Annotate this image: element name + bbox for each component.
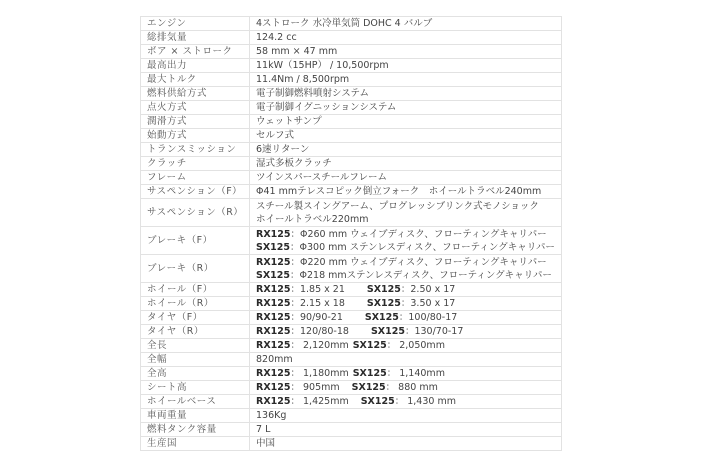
row-value: RX125：2.15 x 18SX125：3.50 x 17 (250, 297, 562, 311)
model-label-sx125: SX125 (352, 382, 386, 393)
table-row-seat-height: シート高 RX125： 905mmSX125： 880 mm (141, 381, 562, 395)
model-label-sx125: SX125 (353, 368, 387, 379)
row-value: Φ41 mmテレスコピック倒立フォーク ホイールトラベル240mm (250, 185, 562, 199)
table-row-wheel-rear: ホイール（R） RX125：2.15 x 18SX125：3.50 x 17 (141, 297, 562, 311)
rx125-value: ：90/90-21 (290, 312, 342, 323)
row-label: サスペンション（R） (141, 199, 250, 227)
value-line-2: ホイールトラベル220mm (256, 213, 561, 226)
row-value: 6速リターン (250, 143, 562, 157)
sx125-line: SX125：Φ218 mmステンレスディスク、フローティングキャリパー (256, 269, 561, 282)
rx125-value: ： 1,180mm (290, 368, 348, 379)
row-label: ブレーキ（R） (141, 255, 250, 283)
model-label-sx125: SX125 (256, 270, 290, 281)
sx125-value: ： 1,140mm (387, 368, 445, 379)
row-value: RX125：90/90-21SX125：100/80-17 (250, 311, 562, 325)
model-label-sx125: SX125 (365, 312, 399, 323)
sx125-value: ： 880 mm (386, 382, 438, 393)
row-value: 電子制御燃料噴射システム (250, 87, 562, 101)
table-row-brake-front: ブレーキ（F） RX125：Φ260 mm ウェイブディスク、フローティングキャ… (141, 227, 562, 255)
table-row-vehicle-weight: 車両重量 136Kg (141, 409, 562, 423)
row-label: ホイールベース (141, 395, 250, 409)
row-value: RX125： 2,120mmSX125： 2,050mm (250, 339, 562, 353)
row-value: 中国 (250, 437, 562, 451)
row-label: 燃料供給方式 (141, 87, 250, 101)
row-label: 最大トルク (141, 73, 250, 87)
model-label-rx125: RX125 (256, 312, 290, 323)
rx125-line: RX125：Φ220 mm ウェイブディスク、フローティングキャリパー (256, 256, 561, 269)
table-row-fuel-system: 燃料供給方式 電子制御燃料噴射システム (141, 87, 562, 101)
rx125-line: RX125：Φ260 mm ウェイブディスク、フローティングキャリパー (256, 228, 561, 241)
rx125-value: ：Φ220 mm ウェイブディスク、フローティングキャリパー (290, 257, 546, 268)
table-row-fuel-tank: 燃料タンク容量 7 L (141, 423, 562, 437)
sx125-value: ：130/70-17 (405, 326, 463, 337)
row-label: サスペンション（F） (141, 185, 250, 199)
row-label: ボア × ストローク (141, 45, 250, 59)
sx125-line: SX125：Φ300 mm ステンレスディスク、フローティングキャリパー (256, 241, 561, 254)
row-value: ツインスパースチールフレーム (250, 171, 562, 185)
table-row-tire-front: タイヤ（F） RX125：90/90-21SX125：100/80-17 (141, 311, 562, 325)
row-value: スチール製スイングアーム、プログレッシブリンク式モノショック ホイールトラベル2… (250, 199, 562, 227)
table-row-overall-width: 全幅 820mm (141, 353, 562, 367)
row-value: 電子制御イグニッションシステム (250, 101, 562, 115)
row-label: ホイール（R） (141, 297, 250, 311)
row-label: 始動方式 (141, 129, 250, 143)
table-row-max-torque: 最大トルク 11.4Nm / 8,500rpm (141, 73, 562, 87)
row-label: 潤滑方式 (141, 115, 250, 129)
table-row-transmission: トランスミッション 6速リターン (141, 143, 562, 157)
spec-table: エンジン 4ストローク 水冷単気筒 DOHC 4 バルブ 総排気量 124.2 … (140, 16, 562, 451)
row-label: 全高 (141, 367, 250, 381)
row-value: 136Kg (250, 409, 562, 423)
row-value: 124.2 cc (250, 31, 562, 45)
row-label: シート高 (141, 381, 250, 395)
row-value: RX125：Φ260 mm ウェイブディスク、フローティングキャリパー SX12… (250, 227, 562, 255)
row-value: RX125：1.85 x 21SX125：2.50 x 17 (250, 283, 562, 297)
table-row-clutch: クラッチ 湿式多板クラッチ (141, 157, 562, 171)
model-label-sx125: SX125 (367, 298, 401, 309)
row-label: 総排気量 (141, 31, 250, 45)
row-label: 最高出力 (141, 59, 250, 73)
row-label: 車両重量 (141, 409, 250, 423)
table-row-tire-rear: タイヤ（R） RX125：120/80-18SX125：130/70-17 (141, 325, 562, 339)
row-value: セルフ式 (250, 129, 562, 143)
row-label: ブレーキ（F） (141, 227, 250, 255)
row-value: 7 L (250, 423, 562, 437)
sx125-value: ：2.50 x 17 (401, 284, 455, 295)
row-label: 燃料タンク容量 (141, 423, 250, 437)
rx125-value: ： 1,425mm (290, 396, 348, 407)
row-label: 全幅 (141, 353, 250, 367)
sx125-value: ：100/80-17 (399, 312, 457, 323)
row-label: タイヤ（R） (141, 325, 250, 339)
row-value: RX125： 905mmSX125： 880 mm (250, 381, 562, 395)
sx125-value: ： 2,050mm (387, 340, 445, 351)
table-row-brake-rear: ブレーキ（R） RX125：Φ220 mm ウェイブディスク、フローティングキャ… (141, 255, 562, 283)
model-label-rx125: RX125 (256, 298, 290, 309)
row-label: ホイール（F） (141, 283, 250, 297)
table-row-country: 生産国 中国 (141, 437, 562, 451)
sx125-value: ：3.50 x 17 (401, 298, 455, 309)
table-row-frame: フレーム ツインスパースチールフレーム (141, 171, 562, 185)
row-label: 生産国 (141, 437, 250, 451)
table-row-suspension-front: サスペンション（F） Φ41 mmテレスコピック倒立フォーク ホイールトラベル2… (141, 185, 562, 199)
model-label-rx125: RX125 (256, 368, 290, 379)
model-label-sx125: SX125 (371, 326, 405, 337)
model-label-rx125: RX125 (256, 382, 290, 393)
row-value: RX125：Φ220 mm ウェイブディスク、フローティングキャリパー SX12… (250, 255, 562, 283)
sx125-value: ： 1,430 mm (395, 396, 456, 407)
row-label: 点火方式 (141, 101, 250, 115)
rx125-value: ：Φ260 mm ウェイブディスク、フローティングキャリパー (290, 229, 546, 240)
row-value: ウェットサンプ (250, 115, 562, 129)
model-label-rx125: RX125 (256, 340, 290, 351)
row-label: クラッチ (141, 157, 250, 171)
table-row-ignition: 点火方式 電子制御イグニッションシステム (141, 101, 562, 115)
rx125-value: ：120/80-18 (290, 326, 348, 337)
model-label-sx125: SX125 (256, 242, 290, 253)
table-row-wheel-front: ホイール（F） RX125：1.85 x 21SX125：2.50 x 17 (141, 283, 562, 297)
table-row-bore-stroke: ボア × ストローク 58 mm × 47 mm (141, 45, 562, 59)
row-value: RX125：120/80-18SX125：130/70-17 (250, 325, 562, 339)
row-value: 11kW（15HP） / 10,500rpm (250, 59, 562, 73)
sx125-value: ：Φ300 mm ステンレスディスク、フローティングキャリパー (290, 242, 555, 253)
model-label-rx125: RX125 (256, 229, 290, 240)
table-row-displacement: 総排気量 124.2 cc (141, 31, 562, 45)
table-row-overall-height: 全高 RX125： 1,180mmSX125： 1,140mm (141, 367, 562, 381)
rx125-value: ：2.15 x 18 (290, 298, 344, 309)
row-value: RX125： 1,180mmSX125： 1,140mm (250, 367, 562, 381)
model-label-sx125: SX125 (361, 396, 395, 407)
rx125-value: ：1.85 x 21 (290, 284, 344, 295)
row-label: トランスミッション (141, 143, 250, 157)
table-row-wheelbase: ホイールベース RX125： 1,425mmSX125： 1,430 mm (141, 395, 562, 409)
table-row-max-power: 最高出力 11kW（15HP） / 10,500rpm (141, 59, 562, 73)
sx125-value: ：Φ218 mmステンレスディスク、フローティングキャリパー (290, 270, 552, 281)
table-row-lubrication: 潤滑方式 ウェットサンプ (141, 115, 562, 129)
rx125-value: ： 2,120mm (290, 340, 348, 351)
model-label-rx125: RX125 (256, 284, 290, 295)
row-label: 全長 (141, 339, 250, 353)
row-value: RX125： 1,425mmSX125： 1,430 mm (250, 395, 562, 409)
table-row-starter: 始動方式 セルフ式 (141, 129, 562, 143)
row-value: 820mm (250, 353, 562, 367)
row-label: エンジン (141, 17, 250, 31)
model-label-rx125: RX125 (256, 396, 290, 407)
model-label-rx125: RX125 (256, 326, 290, 337)
row-value: 湿式多板クラッチ (250, 157, 562, 171)
model-label-rx125: RX125 (256, 257, 290, 268)
row-label: フレーム (141, 171, 250, 185)
model-label-sx125: SX125 (353, 340, 387, 351)
model-label-sx125: SX125 (367, 284, 401, 295)
row-label: タイヤ（F） (141, 311, 250, 325)
table-row-engine: エンジン 4ストローク 水冷単気筒 DOHC 4 バルブ (141, 17, 562, 31)
row-value: 4ストローク 水冷単気筒 DOHC 4 バルブ (250, 17, 562, 31)
row-value: 11.4Nm / 8,500rpm (250, 73, 562, 87)
table-row-overall-length: 全長 RX125： 2,120mmSX125： 2,050mm (141, 339, 562, 353)
table-row-suspension-rear: サスペンション（R） スチール製スイングアーム、プログレッシブリンク式モノショッ… (141, 199, 562, 227)
rx125-value: ： 905mm (290, 382, 339, 393)
value-line-1: スチール製スイングアーム、プログレッシブリンク式モノショック (256, 200, 561, 213)
row-value: 58 mm × 47 mm (250, 45, 562, 59)
